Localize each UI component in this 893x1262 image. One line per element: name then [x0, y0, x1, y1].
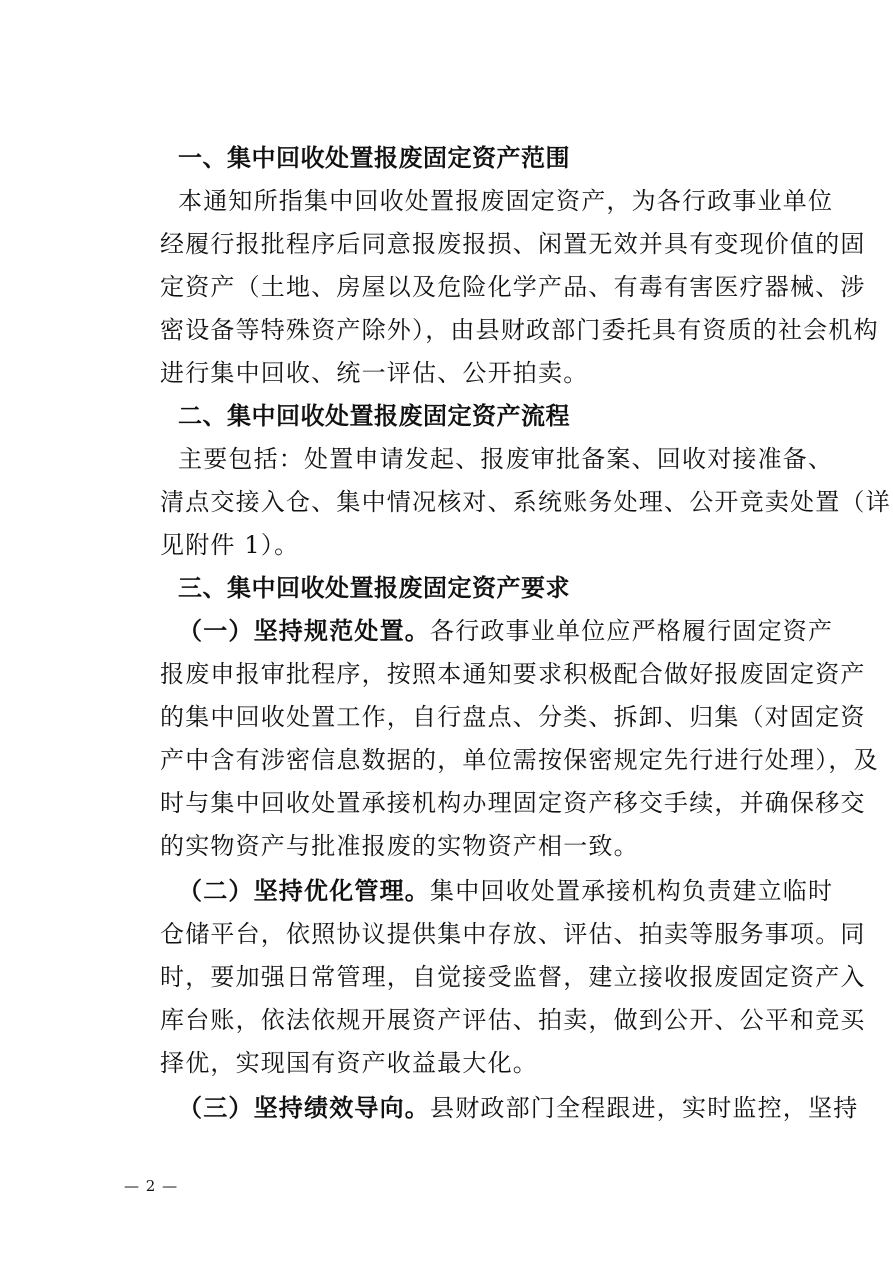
paragraph-line: 仓储平台，依照协议提供集中存放、评估、拍卖等服务事项。同 — [160, 914, 768, 954]
paragraph-line: 产中含有涉密信息数据的，单位需按保密规定先行进行处理），及 — [160, 740, 768, 780]
paragraph-line: 清点交接入仓、集中情况核对、系统账务处理、公开竞卖处置（详 — [160, 482, 768, 522]
paragraph-line: 库台账，依法依规开展资产评估、拍卖，做到公开、公平和竞买 — [160, 1000, 768, 1040]
section-heading-requirements: 三、集中回收处置报废固定资产要求 — [178, 568, 768, 608]
page-number: — 2 — — [124, 1176, 178, 1196]
paragraph-line: 报废申报审批程序，按照本通知要求积极配合做好报废固定资产 — [160, 654, 768, 694]
paragraph-line: 的集中回收处置工作，自行盘点、分类、拆卸、归集（对固定资 — [160, 697, 768, 737]
document-page: 一、集中回收处置报废固定资产范围 本通知所指集中回收处置报废固定资产，为各行政事… — [0, 0, 893, 1262]
item-2-text: 集中回收处置承接机构负责建立临时 — [430, 877, 833, 905]
section-heading-process: 二、集中回收处置报废固定资产流程 — [178, 396, 768, 436]
paragraph-line: 时与集中回收处置承接机构办理固定资产移交手续，并确保移交 — [160, 783, 768, 823]
paragraph-line: 见附件 1）。 — [160, 525, 768, 565]
paragraph-line: 时，要加强日常管理，自觉接受监督，建立接收报废固定资产入 — [160, 957, 768, 997]
item-3-first-line: （三）坚持绩效导向。县财政部门全程跟进，实时监控，坚持 — [178, 1088, 768, 1128]
item-3-text: 县财政部门全程跟进，实时监控，坚持 — [430, 1094, 858, 1122]
item-2-first-line: （二）坚持优化管理。集中回收处置承接机构负责建立临时 — [178, 871, 768, 911]
paragraph-line: 经履行报批程序后同意报废报损、闲置无效并具有变现价值的固 — [160, 224, 768, 264]
item-3-title: （三）坚持绩效导向。 — [178, 1094, 430, 1122]
item-2-title: （二）坚持优化管理。 — [178, 877, 430, 905]
item-1-first-line: （一）坚持规范处置。各行政事业单位应严格履行固定资产 — [178, 611, 768, 651]
paragraph-line: 本通知所指集中回收处置报废固定资产，为各行政事业单位 — [178, 181, 768, 221]
item-1-text: 各行政事业单位应严格履行固定资产 — [430, 617, 833, 645]
paragraph-line: 的实物资产与批准报废的实物资产相一致。 — [160, 826, 768, 866]
paragraph-line: 主要包括：处置申请发起、报废审批备案、回收对接准备、 — [178, 439, 768, 479]
paragraph-line: 密设备等特殊资产除外），由县财政部门委托具有资质的社会机构 — [160, 310, 768, 350]
item-1-title: （一）坚持规范处置。 — [178, 617, 430, 645]
paragraph-line: 定资产（土地、房屋以及危险化学产品、有毒有害医疗器械、涉 — [160, 267, 768, 307]
paragraph-line: 进行集中回收、统一评估、公开拍卖。 — [160, 353, 768, 393]
section-heading-scope: 一、集中回收处置报废固定资产范围 — [178, 138, 768, 178]
paragraph-line: 择优，实现国有资产收益最大化。 — [160, 1043, 768, 1083]
